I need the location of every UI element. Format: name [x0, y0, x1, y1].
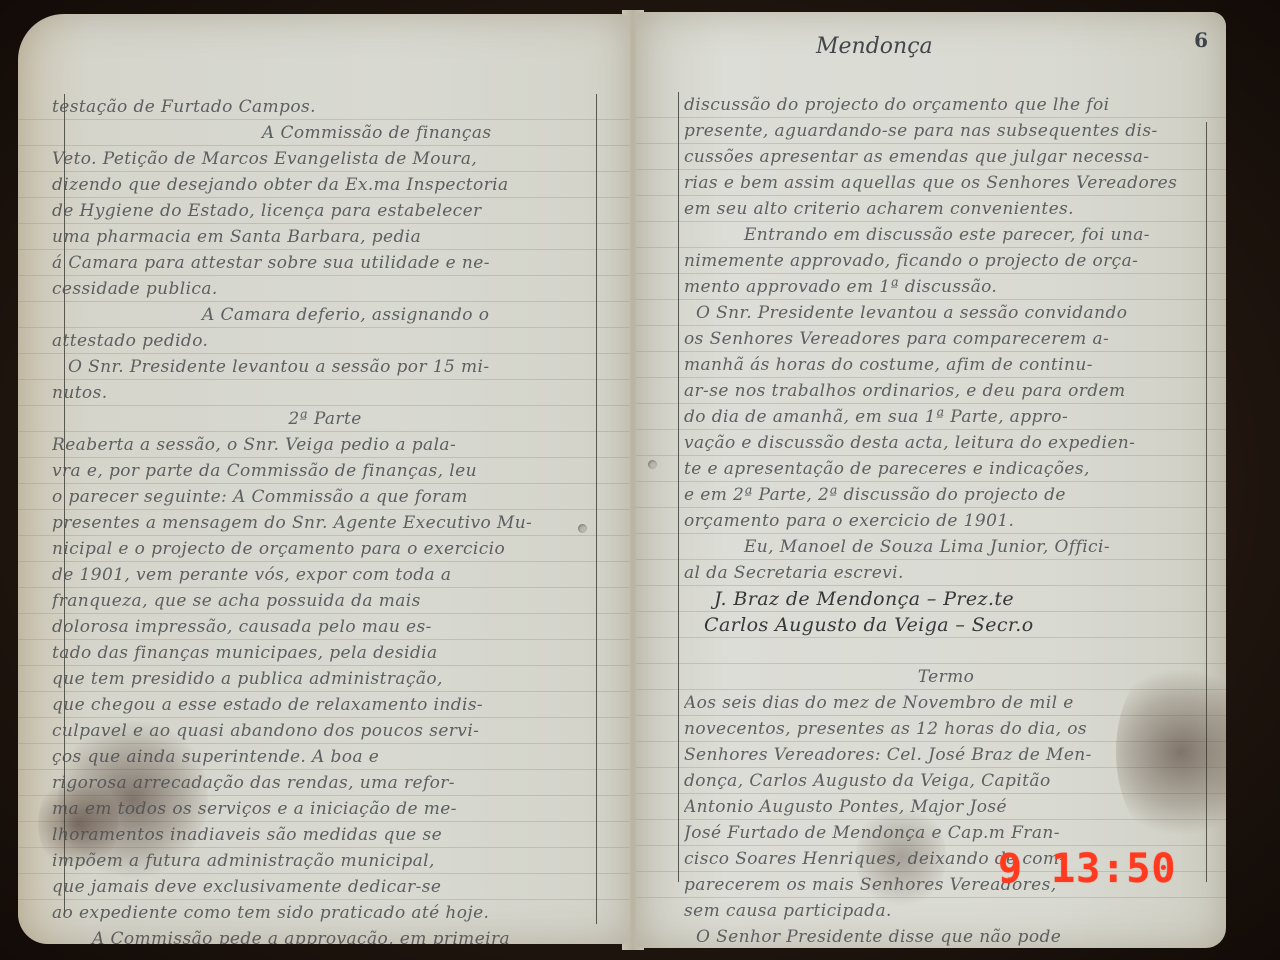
- text-line: nutos.: [52, 380, 598, 406]
- page-number: 6: [1194, 28, 1208, 52]
- right-page-text: discussão do projecto do orçamento que l…: [684, 92, 1208, 948]
- text-line: lhoramentos inadiaveis são medidas que s…: [52, 822, 598, 848]
- text-line: do dia de amanhã, em sua 1ª Parte, appro…: [684, 404, 1208, 430]
- right-page: Mendonça 6 discussão do projecto do orça…: [636, 12, 1226, 948]
- text-line: discussão do projecto do orçamento que l…: [684, 92, 1208, 118]
- text-line: que jamais deve exclusivamente dedicar-s…: [52, 874, 598, 900]
- header-signature: Mendonça: [816, 34, 933, 59]
- text-line: de 1901, vem perante vós, expor com toda…: [52, 562, 598, 588]
- text-line: tado das finanças municipaes, pela desid…: [52, 640, 598, 666]
- text-line: rigorosa arrecadação das rendas, uma ref…: [52, 770, 598, 796]
- text-line: presente, aguardando-se para nas subsequ…: [684, 118, 1208, 144]
- text-line: vra e, por parte da Commissão de finança…: [52, 458, 598, 484]
- text-line: ços que ainda superintende. A boa e: [52, 744, 598, 770]
- text-line: O Senhor Presidente disse que não pode: [684, 924, 1208, 948]
- binding-hole: [648, 460, 657, 469]
- text-line: novecentos, presentes as 12 horas do dia…: [684, 716, 1208, 742]
- text-line: José Furtado de Mendonça e Cap.m Fran-: [684, 820, 1208, 846]
- text-line: Entrando em discussão este parecer, foi …: [684, 222, 1208, 248]
- text-line: Senhores Vereadores: Cel. José Braz de M…: [684, 742, 1208, 768]
- text-line: O Snr. Presidente levantou a sessão por …: [52, 354, 598, 380]
- text-line: impõem a futura administração municipal,: [52, 848, 598, 874]
- text-line: Aos seis dias do mez de Novembro de mil …: [684, 690, 1208, 716]
- text-line: nicipal e o projecto de orçamento para o…: [52, 536, 598, 562]
- text-line: á Camara para attestar sobre sua utilida…: [52, 250, 598, 276]
- text-line: Eu, Manoel de Souza Lima Junior, Offici-: [684, 534, 1208, 560]
- text-line: A Camara deferio, assignando o: [52, 302, 598, 328]
- signature-secretary: Carlos Augusto da Veiga – Secr.o: [684, 612, 1208, 638]
- text-line: e em 2ª Parte, 2ª discussão do projecto …: [684, 482, 1208, 508]
- signature-president: J. Braz de Mendonça – Prez.te: [684, 586, 1208, 612]
- text-line: ao expediente como tem sido praticado at…: [52, 900, 598, 926]
- text-line: O Snr. Presidente levantou a sessão conv…: [684, 300, 1208, 326]
- text-line: presentes a mensagem do Snr. Agente Exec…: [52, 510, 598, 536]
- text-line: A Commissão pede a approvação, em primei…: [52, 926, 598, 944]
- text-line: o parecer seguinte: A Commissão a que fo…: [52, 484, 598, 510]
- text-line: cussões apresentar as emendas que julgar…: [684, 144, 1208, 170]
- text-line: uma pharmacia em Santa Barbara, pedia: [52, 224, 598, 250]
- text-line: testação de Furtado Campos.: [52, 94, 598, 120]
- text-line: nimemente approvado, ficando o projecto …: [684, 248, 1208, 274]
- left-margin-line: [678, 92, 679, 882]
- text-line: Antonio Augusto Pontes, Major José: [684, 794, 1208, 820]
- text-line: dizendo que desejando obter da Ex.ma Ins…: [52, 172, 598, 198]
- text-line: que chegou a esse estado de relaxamento …: [52, 692, 598, 718]
- text-line: franqueza, que se acha possuida da mais: [52, 588, 598, 614]
- text-line: ar-se nos trabalhos ordinarios, e deu pa…: [684, 378, 1208, 404]
- text-line: te e apresentação de pareceres e indicaç…: [684, 456, 1208, 482]
- text-line: attestado pedido.: [52, 328, 598, 354]
- text-line: A Commissão de finanças: [52, 120, 598, 146]
- text-line: orçamento para o exercicio de 1901.: [684, 508, 1208, 534]
- section-heading: 2ª Parte: [52, 406, 598, 432]
- text-line: Veto. Petição de Marcos Evangelista de M…: [52, 146, 598, 172]
- timestamp-time: 13:50: [1051, 846, 1176, 892]
- text-line: que tem presidido a publica administraçã…: [52, 666, 598, 692]
- left-page: testação de Furtado Campos. A Commissão …: [18, 14, 630, 944]
- text-line: em seu alto criterio acharem conveniente…: [684, 196, 1208, 222]
- camera-timestamp: 913:50: [998, 846, 1177, 892]
- text-line: al da Secretaria escrevi.: [684, 560, 1208, 586]
- text-line: sem causa participada.: [684, 898, 1208, 924]
- section-heading: Termo: [684, 664, 1208, 690]
- left-page-text: testação de Furtado Campos. A Commissão …: [52, 94, 598, 944]
- text-line: mento approvado em 1ª discussão.: [684, 274, 1208, 300]
- text-line: cessidade publica.: [52, 276, 598, 302]
- text-line: manhã ás horas do costume, afim de conti…: [684, 352, 1208, 378]
- text-line: donça, Carlos Augusto da Veiga, Capitão: [684, 768, 1208, 794]
- text-line: ma em todos os serviços e a iniciação de…: [52, 796, 598, 822]
- text-line: os Senhores Vereadores para comparecerem…: [684, 326, 1208, 352]
- text-line: culpavel e ao quasi abandono dos poucos …: [52, 718, 598, 744]
- text-line: de Hygiene do Estado, licença para estab…: [52, 198, 598, 224]
- text-line: vação e discussão desta acta, leitura do…: [684, 430, 1208, 456]
- text-line: Reaberta a sessão, o Snr. Veiga pedio a …: [52, 432, 598, 458]
- text-line: rias e bem assim aquellas que os Senhore…: [684, 170, 1208, 196]
- timestamp-day: 9: [998, 846, 1023, 892]
- text-line: dolorosa impressão, causada pelo mau es-: [52, 614, 598, 640]
